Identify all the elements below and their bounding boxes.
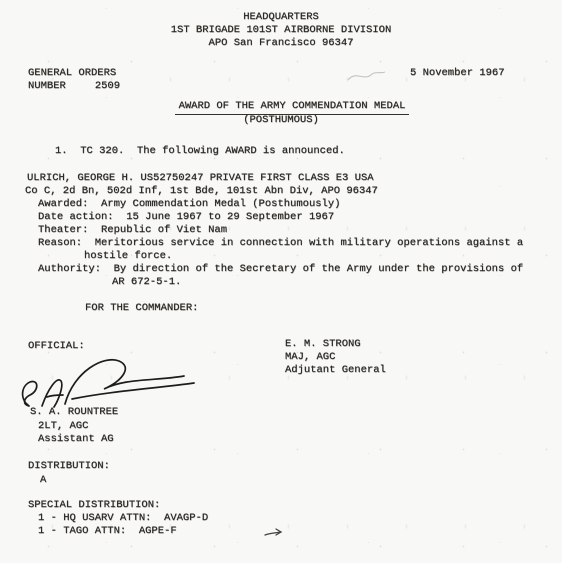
for-the-commander-line: FOR THE COMMANDER: <box>85 302 198 315</box>
letterhead-line-3: APO San Francisco 96347 <box>0 37 562 50</box>
reason-line-2: hostile force. <box>84 250 172 263</box>
theater-line: Theater: Republic of Viet Nam <box>38 224 227 237</box>
date-action-line: Date action: 15 June 1967 to 29 Septembe… <box>38 211 334 224</box>
scanned-general-orders-document: HEADQUARTERS 1ST BRIGADE 101ST AIRBORNE … <box>0 0 562 563</box>
general-orders-label: GENERAL ORDERS <box>28 67 116 80</box>
authority-line-1: Authority: By direction of the Secretary… <box>38 263 523 276</box>
special-distribution-item: 1 - TAGO ATTN: AGPE-F <box>38 525 177 538</box>
special-distribution-item: 1 - HQ USARV ATTN: AVAGP-D <box>38 512 208 525</box>
signer-right-rank: MAJ, AGC <box>285 351 335 364</box>
signer-left-role: Assistant AG <box>38 433 114 446</box>
award-title-text: AWARD OF THE ARMY COMMENDATION MEDAL <box>175 100 410 115</box>
signer-left-rank: 2LT, AGC <box>38 420 88 433</box>
awardee-unit-line: Co C, 2d Bn, 502d Inf, 1st Bde, 101st Ab… <box>25 185 378 198</box>
letterhead-line-1: HEADQUARTERS <box>0 11 562 24</box>
reason-line-1: Reason: Meritorious service in connectio… <box>38 237 523 250</box>
opening-paragraph: 1. TC 320. The following AWARD is announ… <box>55 145 345 158</box>
order-number-line: NUMBER2509 <box>28 80 120 93</box>
letterhead-line-2: 1ST BRIGADE 101ST AIRBORNE DIVISION <box>0 24 562 37</box>
official-label: OFFICIAL: <box>28 340 85 353</box>
award-title: AWARD OF THE ARMY COMMENDATION MEDAL <box>0 100 562 115</box>
awarded-line: Awarded: Army Commendation Medal (Posthu… <box>38 198 340 211</box>
signer-right-role: Adjutant General <box>285 364 386 377</box>
signer-left-name: S. A. ROUNTREE <box>30 406 118 419</box>
pen-dash-mark <box>263 527 285 540</box>
pencil-squiggle-mark <box>346 66 388 84</box>
order-number-label: NUMBER <box>28 80 66 92</box>
distribution-value: A <box>40 474 46 487</box>
order-number-value: 2509 <box>95 80 120 92</box>
awardee-name-line: ULRICH, GEORGE H. US52750247 PRIVATE FIR… <box>27 172 374 185</box>
authority-line-2: AR 672-5-1. <box>112 276 181 289</box>
distribution-label: DISTRIBUTION: <box>28 460 110 473</box>
signer-right-name: E. M. STRONG <box>285 338 361 351</box>
order-date: 5 November 1967 <box>410 67 505 80</box>
special-distribution-label: SPECIAL DISTRIBUTION: <box>28 499 160 512</box>
award-subtitle: (POSTHUMOUS) <box>0 114 562 127</box>
